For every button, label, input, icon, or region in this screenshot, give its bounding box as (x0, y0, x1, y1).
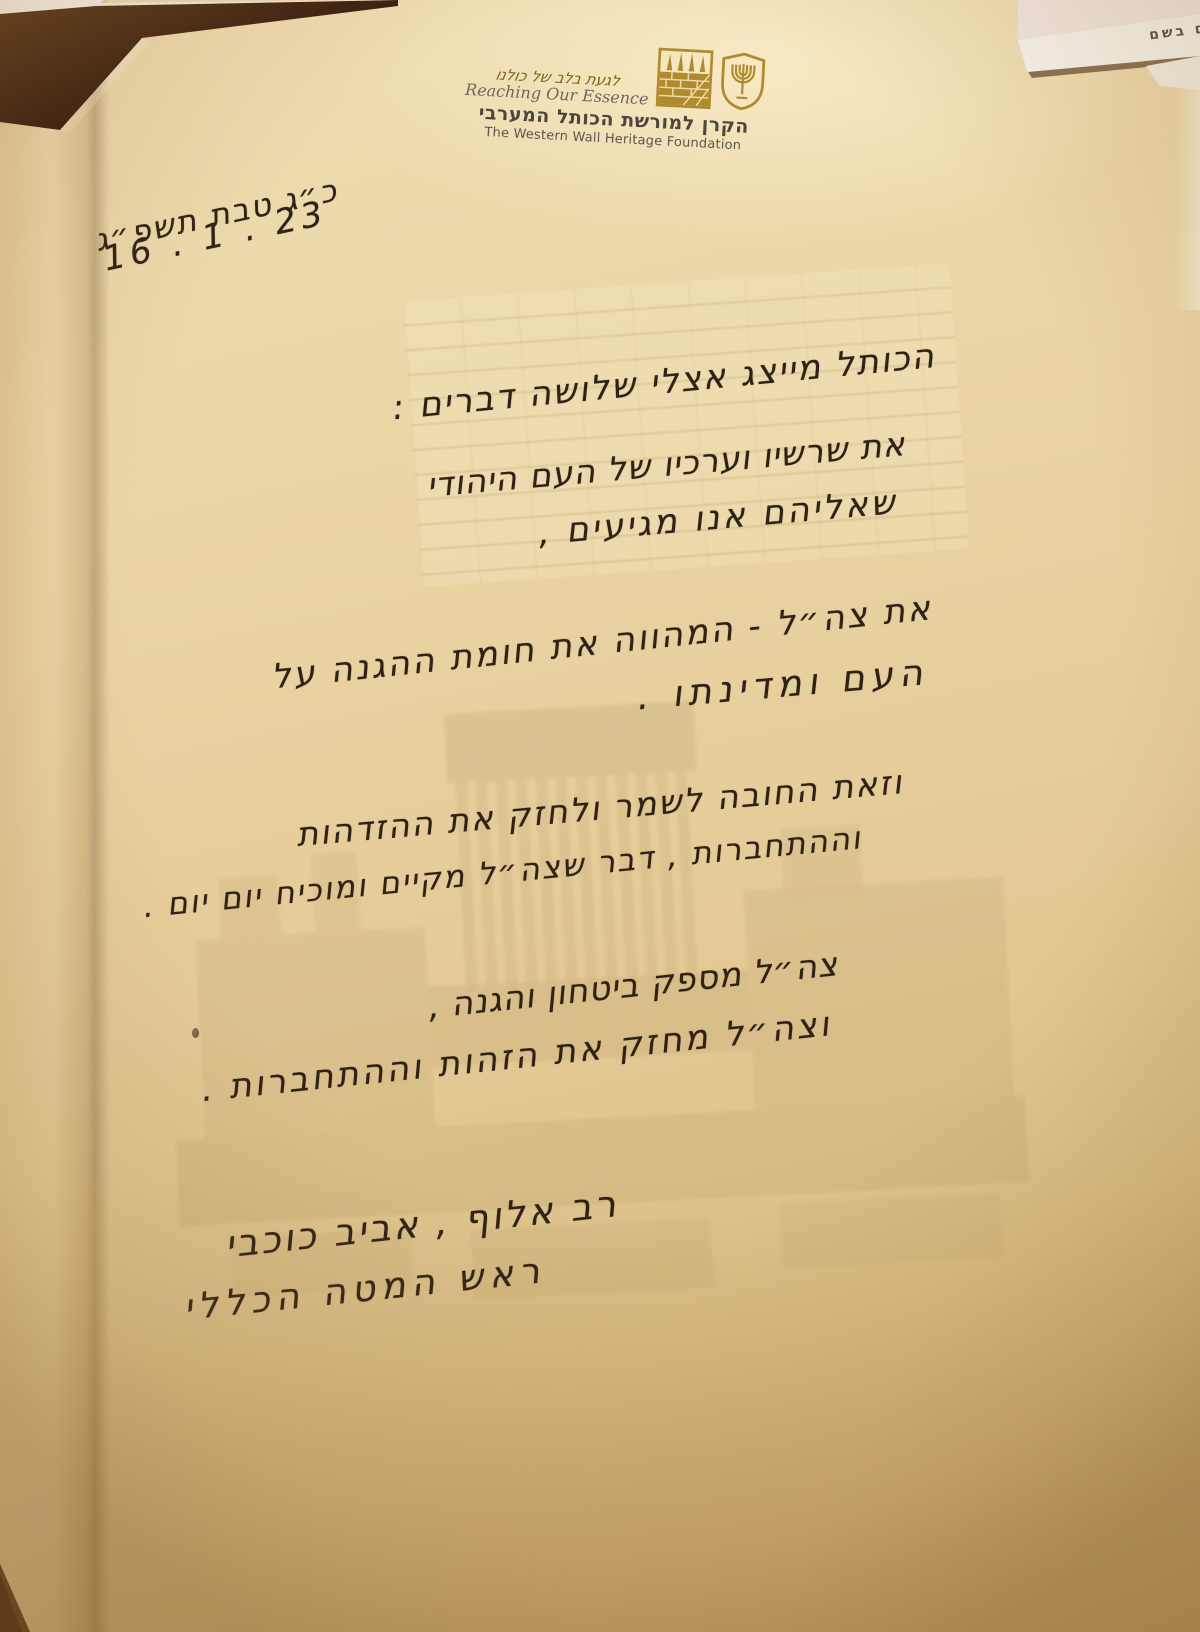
background-papers: ם בשם (1018, 0, 1200, 112)
background-papers-edges (1018, 0, 1200, 112)
israel-state-emblem-icon (717, 49, 768, 113)
letterhead-taglines: לגעת בלב של כולנו Reaching Our Essence (465, 66, 650, 107)
book-cover-corner (0, 0, 420, 150)
photo-of-letter: { "letterhead": { "tagline_he": "לגעת בל… (0, 0, 1200, 1632)
book-cover-corner-bottom (0, 1538, 64, 1632)
letterhead: לגעת בלב של כולנו Reaching Our Essence (463, 36, 768, 155)
page-fold-shadow (0, 0, 110, 1632)
staple-mark (192, 1028, 199, 1038)
western-wall-emblem-icon (655, 46, 713, 111)
